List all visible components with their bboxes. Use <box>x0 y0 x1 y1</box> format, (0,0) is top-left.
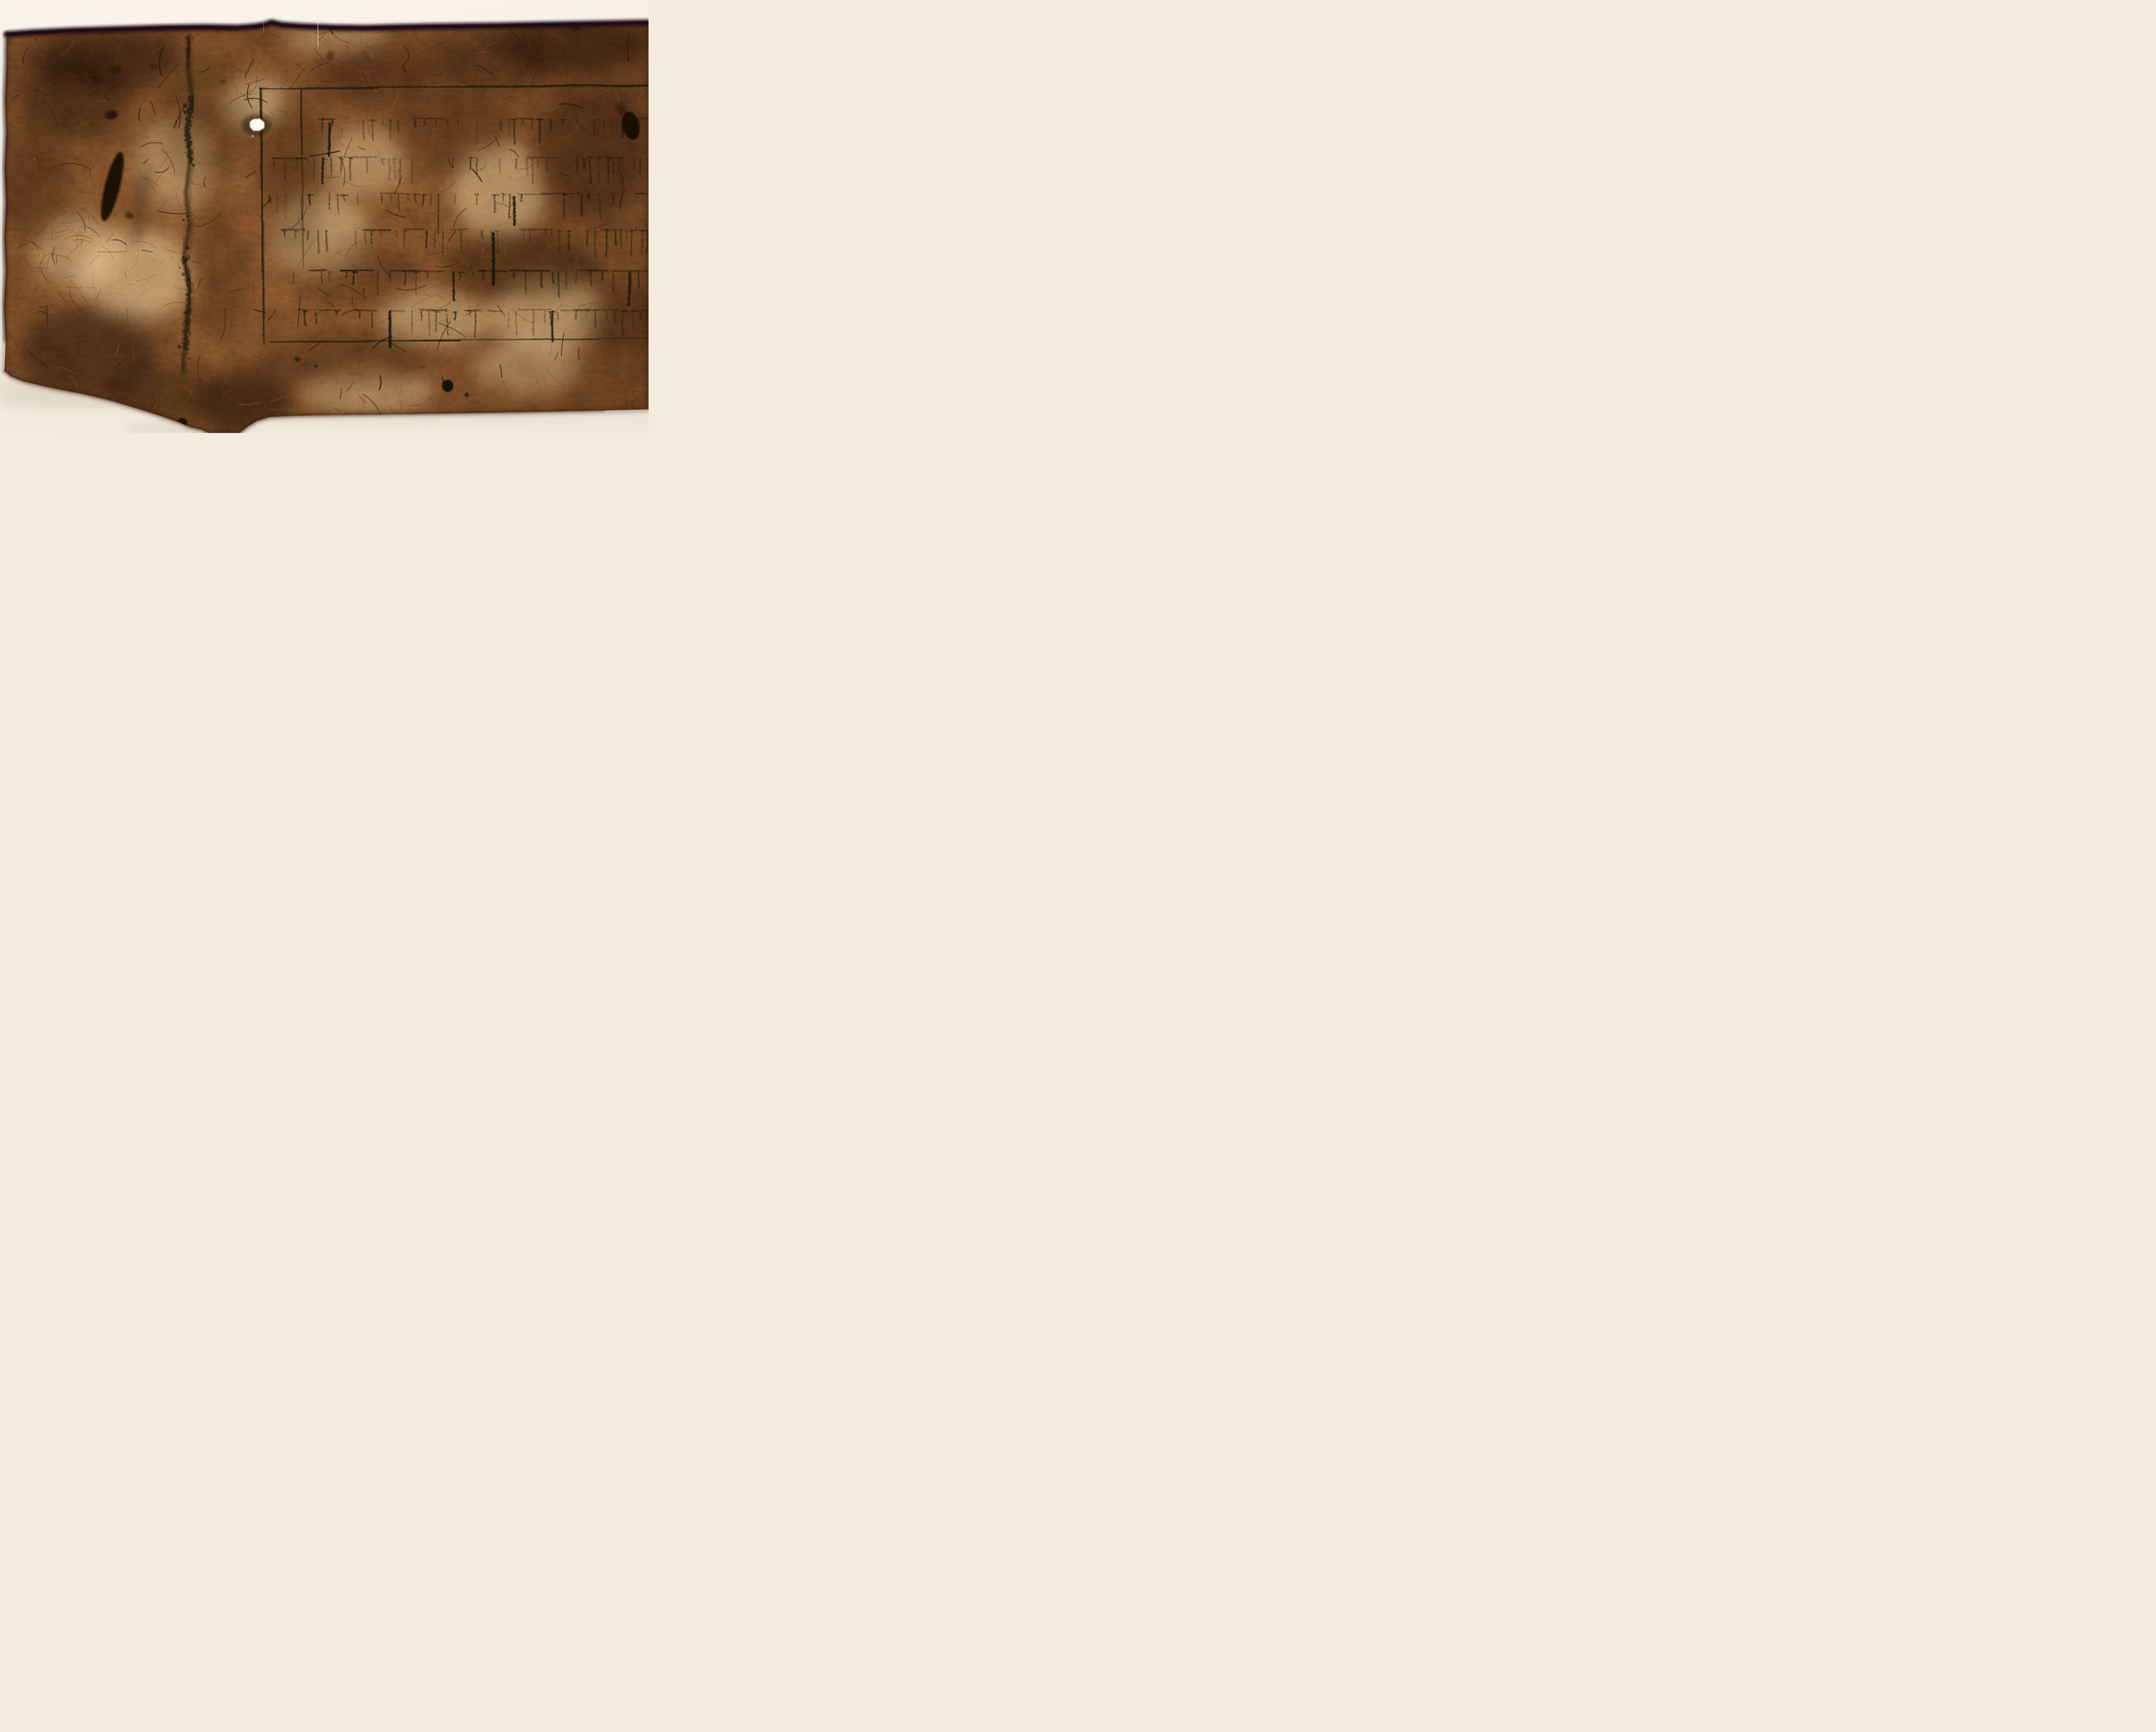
letter-stroke <box>508 311 508 328</box>
shadow-patch <box>0 129 67 242</box>
letter-stroke <box>364 230 365 243</box>
letter-headbar <box>508 119 511 119</box>
letter-stroke <box>345 271 346 277</box>
shadow-patch <box>30 30 181 91</box>
letter-stroke <box>593 119 594 135</box>
fiber <box>352 297 352 304</box>
smudge-speckle <box>185 117 187 119</box>
scribble-dash <box>612 401 614 401</box>
letter-stroke <box>551 230 552 236</box>
letter-stroke <box>470 157 470 169</box>
head-rule <box>404 229 424 229</box>
letter-stroke <box>614 310 615 323</box>
smudge-speckle <box>187 96 191 100</box>
ink-blot <box>150 64 156 68</box>
smudge-speckle <box>176 365 179 367</box>
letter-stroke <box>514 119 514 144</box>
letter-stroke <box>377 270 377 294</box>
letter-stroke <box>404 271 405 285</box>
letter-stroke <box>605 229 606 256</box>
smudge-speckle <box>182 218 184 220</box>
letter-headbar <box>422 194 426 195</box>
letter-stroke <box>423 194 423 205</box>
letter-stroke <box>430 193 431 205</box>
letter-stroke <box>604 119 604 131</box>
letter-stroke <box>618 157 619 169</box>
letter-stroke <box>533 310 533 334</box>
ink-blot <box>108 66 122 75</box>
letter-stroke <box>620 229 620 247</box>
letter-stroke <box>581 194 581 214</box>
letter-stroke <box>426 230 426 248</box>
letter-stroke <box>606 311 607 320</box>
smudge-speckle <box>183 110 187 113</box>
fiber <box>89 216 89 221</box>
smudge-speckle <box>182 311 186 314</box>
letter-stroke <box>532 158 532 183</box>
letter-headbar <box>593 119 599 120</box>
letter-stroke <box>435 119 436 126</box>
head-rule <box>573 309 617 310</box>
manuscript-scene <box>0 0 649 433</box>
head-rule <box>518 118 532 119</box>
letter-headbar <box>469 157 474 157</box>
shadow-patch <box>535 86 647 220</box>
smudge-speckle <box>185 254 190 259</box>
letter-stroke <box>500 119 501 129</box>
fiber <box>354 228 362 229</box>
letter-stroke <box>269 193 269 202</box>
letter-stroke <box>594 231 595 257</box>
letter-stroke <box>476 194 476 204</box>
letter-stroke <box>481 230 482 237</box>
letter-headbar <box>272 157 276 158</box>
letter-stroke <box>590 271 590 286</box>
letter-headbar <box>352 272 357 272</box>
smudge-speckle <box>188 332 191 335</box>
letter-headbar <box>492 194 498 195</box>
bold-descender <box>329 123 329 155</box>
letter-headbar <box>458 230 464 231</box>
letter-headbar <box>295 157 301 158</box>
letter-stroke <box>359 311 359 317</box>
letter-headbar <box>527 230 533 230</box>
head-rule <box>509 270 549 270</box>
letter-stroke <box>454 311 455 319</box>
head-rule <box>590 270 607 270</box>
letter-stroke <box>296 157 297 172</box>
letter-stroke <box>438 194 438 233</box>
letter-headbar <box>452 311 456 311</box>
letter-stroke <box>602 270 602 280</box>
fiber <box>536 113 537 115</box>
head-rule <box>354 310 376 310</box>
letter-stroke <box>575 311 576 318</box>
letter-stroke <box>372 119 372 141</box>
letter-stroke <box>546 158 547 171</box>
fiber <box>46 283 56 284</box>
letter-stroke <box>304 311 305 325</box>
letter-headbar <box>605 229 608 230</box>
scribble-dash <box>624 400 625 401</box>
letter-stroke <box>544 310 545 321</box>
sheet-left-edge <box>4 35 7 341</box>
fiber <box>329 410 330 412</box>
letter-stroke <box>424 119 424 125</box>
letter-stroke <box>349 157 350 179</box>
letter-stroke <box>457 119 458 125</box>
letter-stroke <box>639 311 640 320</box>
letter-stroke <box>598 157 598 183</box>
letter-stroke <box>389 157 389 180</box>
smudge-speckle <box>191 283 193 285</box>
letter-stroke <box>389 119 390 139</box>
letter-headbar <box>581 159 586 159</box>
letter-stroke <box>380 230 381 235</box>
letter-stroke <box>329 271 329 280</box>
fiber <box>57 328 57 335</box>
head-rule <box>517 309 551 309</box>
letter-stroke <box>499 158 499 172</box>
letter-stroke <box>461 230 461 251</box>
letter-headbar <box>380 158 387 159</box>
letter-stroke <box>411 310 412 333</box>
letter-headbar <box>556 230 562 231</box>
ink-blot <box>465 392 469 397</box>
letter-stroke <box>539 119 539 142</box>
fiber <box>293 272 294 283</box>
ink-blot <box>442 380 453 392</box>
letter-headbar <box>560 119 565 119</box>
letter-headbar <box>294 231 298 231</box>
head-rule <box>413 118 443 118</box>
letter-stroke <box>436 311 436 331</box>
letter-stroke <box>411 158 412 184</box>
letter-stroke <box>613 270 613 292</box>
letter-stroke <box>523 230 523 238</box>
letter-stroke <box>301 195 301 219</box>
fiber <box>257 76 257 83</box>
smudge-speckle <box>177 345 181 348</box>
smudge-speckle <box>185 36 188 40</box>
letter-stroke <box>638 270 639 288</box>
head-rule <box>526 157 556 157</box>
letter-stroke <box>285 158 285 178</box>
bold-descender <box>493 233 493 284</box>
letter-headbar <box>536 119 542 119</box>
letter-stroke <box>639 157 640 174</box>
bold-descender <box>514 196 514 224</box>
letter-stroke <box>317 230 318 253</box>
letter-stroke <box>340 158 341 172</box>
letter-headbar <box>467 311 471 311</box>
letter-stroke <box>329 193 329 209</box>
letter-stroke <box>633 157 634 169</box>
letter-stroke <box>615 230 615 245</box>
fiber <box>278 83 280 84</box>
letter-stroke <box>321 118 322 133</box>
head-rule <box>420 309 447 310</box>
letter-stroke <box>626 230 626 240</box>
letter-stroke <box>608 158 608 182</box>
letter-headbar <box>630 311 636 311</box>
smudge-speckle <box>192 163 195 166</box>
ink-blot <box>313 364 318 368</box>
letter-stroke <box>588 193 589 200</box>
smudge-speckle <box>185 195 187 196</box>
smudge-speckle <box>182 103 187 108</box>
letter-headbar <box>630 229 637 230</box>
letter-stroke <box>363 119 364 138</box>
letter-stroke <box>494 195 494 212</box>
letter-stroke <box>595 311 595 327</box>
letter-stroke <box>415 271 416 295</box>
bold-descender <box>453 272 453 300</box>
letter-stroke <box>357 193 357 203</box>
bold-descender <box>389 311 390 346</box>
paper-interior <box>0 2 649 433</box>
fiber <box>273 396 273 399</box>
letter-headbar <box>335 195 342 195</box>
scribble-dash <box>604 400 607 400</box>
frame-rule <box>270 341 369 342</box>
letter-headbar <box>403 230 408 231</box>
letter-headbar <box>566 231 571 231</box>
head-rule <box>363 229 390 230</box>
letter-stroke <box>531 119 532 129</box>
smudge-speckle <box>181 258 185 262</box>
letter-stroke <box>630 229 631 255</box>
letter-headbar <box>474 194 478 194</box>
letter-stroke <box>611 119 612 137</box>
letter-stroke <box>273 157 273 165</box>
head-rule <box>487 310 501 311</box>
letter-headbar <box>303 311 307 311</box>
head-rule <box>449 229 467 229</box>
paper-pinhole-speck <box>252 135 254 137</box>
letter-stroke <box>414 119 415 126</box>
letter-stroke <box>396 230 396 238</box>
letter-stroke <box>520 194 521 201</box>
letter-stroke <box>330 157 331 176</box>
letter-stroke <box>509 194 509 217</box>
smudge-speckle <box>188 357 190 359</box>
letter-stroke <box>568 230 568 250</box>
ink-blot <box>186 47 191 54</box>
fiber <box>317 186 317 194</box>
letter-stroke <box>646 311 646 317</box>
letter-headbar <box>338 158 343 159</box>
smudge-speckle <box>187 278 190 281</box>
fiber <box>412 363 414 364</box>
letter-stroke <box>515 158 516 168</box>
letter-headbar <box>446 119 449 120</box>
letter-stroke <box>557 311 558 319</box>
letter-headbar <box>433 311 439 311</box>
letter-headbar <box>413 272 417 272</box>
letter-headbar <box>413 194 420 194</box>
letter-headbar <box>494 230 498 231</box>
letter-stroke <box>389 271 390 281</box>
head-rule <box>379 192 403 193</box>
bold-descender <box>322 157 323 183</box>
letter-stroke <box>366 158 367 172</box>
letter-stroke <box>429 311 429 335</box>
letter-stroke <box>326 230 326 250</box>
letter-stroke <box>631 271 631 284</box>
letter-stroke <box>452 158 453 166</box>
letter-stroke <box>332 119 332 126</box>
smudge-speckle <box>186 215 188 217</box>
head-rule <box>308 270 326 270</box>
bold-descender <box>552 311 552 341</box>
letter-stroke <box>476 157 476 173</box>
letter-stroke <box>513 272 514 278</box>
head-rule <box>586 157 622 157</box>
letter-headbar <box>631 157 636 157</box>
smudge-speckle <box>181 272 184 276</box>
letter-stroke <box>398 195 399 210</box>
letter-headbar <box>335 311 339 311</box>
letter-stroke <box>540 271 541 287</box>
smudge-speckle <box>185 245 189 249</box>
letter-stroke <box>285 195 285 219</box>
letter-stroke <box>558 271 558 297</box>
letter-stroke <box>525 271 525 294</box>
letter-stroke <box>586 229 587 245</box>
letter-headbar <box>388 119 392 120</box>
letter-stroke <box>337 195 338 213</box>
letter-headbar <box>530 158 534 158</box>
letter-stroke <box>612 195 613 204</box>
smudge-speckle <box>185 293 188 296</box>
bold-descender <box>628 272 629 304</box>
letter-stroke <box>454 194 455 202</box>
letter-stroke <box>476 119 476 143</box>
smudge-speckle <box>179 267 180 268</box>
letter-stroke <box>371 311 372 327</box>
fiber <box>48 193 51 194</box>
smudge-speckle <box>189 141 192 143</box>
letter-stroke <box>583 158 584 168</box>
letter-stroke <box>529 230 530 241</box>
manuscript-photo <box>0 0 649 433</box>
letter-stroke <box>565 270 566 289</box>
letter-stroke <box>537 158 538 167</box>
letter-stroke <box>558 230 559 251</box>
letter-stroke <box>550 119 551 129</box>
letter-stroke <box>483 270 483 279</box>
scribble-dash <box>627 401 630 401</box>
bright-patch <box>474 339 582 395</box>
letter-headbar <box>348 157 352 158</box>
ink-blot <box>220 80 226 84</box>
letter-stroke <box>515 311 516 335</box>
